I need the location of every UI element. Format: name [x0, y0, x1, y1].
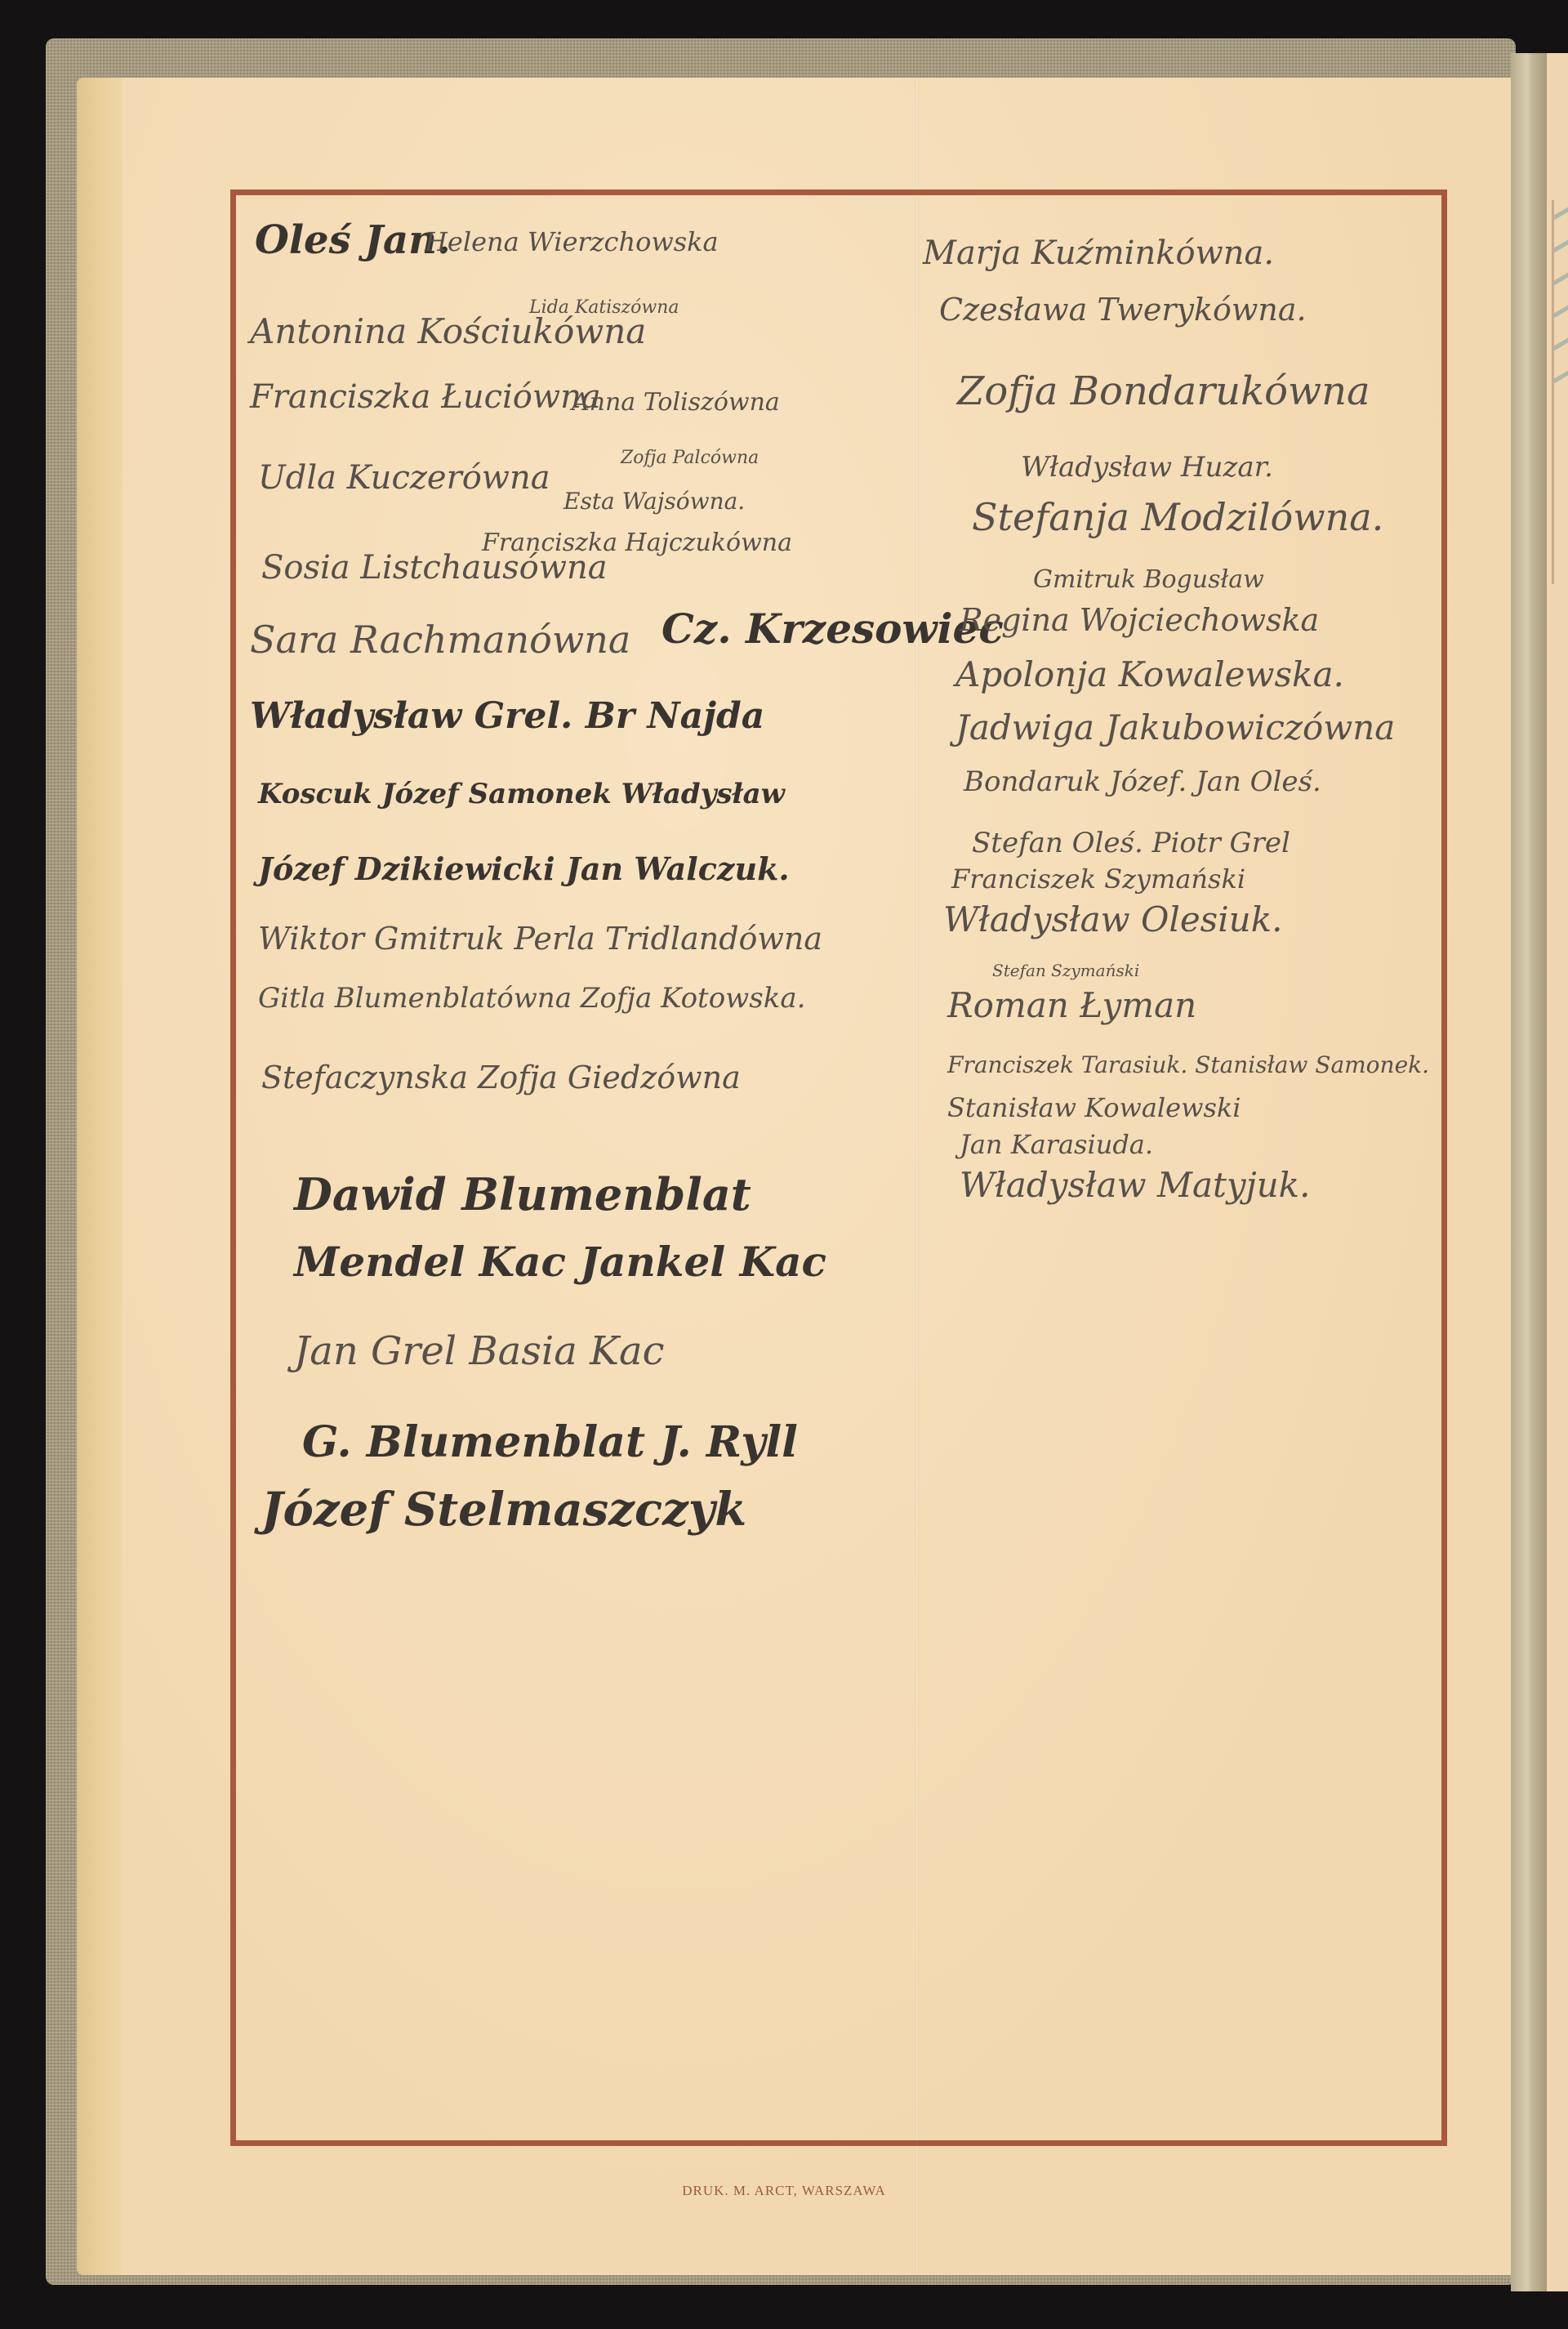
- signature: Franciszka Łuciówna: [250, 381, 601, 413]
- signature: Antonina Kościukówna: [250, 315, 646, 349]
- signature: G. Blumenblat J. Ryll: [302, 1421, 798, 1464]
- signature: Helena Wierzchowska: [425, 229, 719, 255]
- signature: Stefanja Modzilówna.: [972, 498, 1383, 536]
- signature: Marja Kuźminkówna.: [923, 237, 1274, 270]
- signature: Anna Toliszówna: [572, 390, 780, 415]
- signature: Oleś Jan.: [255, 221, 451, 260]
- signature: Jan Karasiuda.: [960, 1131, 1153, 1158]
- signature: Roman Łyman: [947, 988, 1196, 1023]
- signature: Regina Wojciechowska: [960, 605, 1319, 636]
- signature: Franciszek Szymański: [951, 866, 1245, 892]
- signature: Cz. Krzesowiec: [661, 609, 1004, 649]
- signature: Esta Wajsówna.: [563, 490, 745, 513]
- signature: Sara Rachmanówna: [250, 621, 630, 658]
- signature: Sosia Listchausówna: [261, 551, 608, 584]
- signature: Stefaczynska Zofja Giedzówna: [261, 1062, 741, 1093]
- signature: Stefan Szymański: [992, 962, 1139, 979]
- signature: Władysław Matyjuk.: [960, 1168, 1310, 1202]
- signature: Koscuk Józef Samonek Władysław: [258, 780, 785, 808]
- adjacent-page-edge: [1547, 53, 1568, 2291]
- signature: Gitla Blumenblatówna Zofja Kotowska.: [258, 984, 805, 1012]
- printer-imprint: DRUK. M. ARCT, WARSZAWA: [0, 2183, 1568, 2199]
- signature: Stanisław Kowalewski: [947, 1095, 1241, 1121]
- signature: Apolonja Kowalewska.: [955, 658, 1344, 692]
- signature: Zofja Palcówna: [621, 449, 759, 467]
- signature: Czesława Twerykówna.: [939, 294, 1307, 325]
- page-edges: [77, 78, 126, 2275]
- book-gutter: [1511, 53, 1547, 2291]
- signature: Udla Kuczerówna: [258, 462, 550, 494]
- signature: Jadwiga Jakubowiczówna: [955, 711, 1395, 745]
- signature: Bondaruk Józef. Jan Oleś.: [964, 768, 1321, 796]
- signature: Jan Grel Basia Kac: [294, 1332, 664, 1371]
- signature: Dawid Blumenblat: [294, 1172, 751, 1216]
- signature: Wiktor Gmitruk Perla Tridlandówna: [258, 923, 822, 954]
- signature: Józef Dzikiewicki Jan Walczuk.: [258, 854, 790, 885]
- signature: Stefan Oleś. Piotr Grel: [972, 829, 1290, 857]
- signature: Józef Stelmaszczyk: [261, 1487, 746, 1533]
- signature: Władysław Huzar.: [1021, 453, 1273, 481]
- signature: Franciszek Tarasiuk. Stanisław Samonek.: [947, 1054, 1429, 1077]
- signature: Mendel Kac Jankel Kac: [294, 1242, 826, 1283]
- signature: Zofja Bondarukówna: [957, 372, 1370, 411]
- decorative-ornament-icon: [1552, 200, 1568, 584]
- signature: Gmitruk Bogusław: [1033, 568, 1264, 592]
- signature: Władysław Olesiuk.: [943, 903, 1283, 937]
- signature: Władysław Grel. Br Najda: [250, 698, 764, 734]
